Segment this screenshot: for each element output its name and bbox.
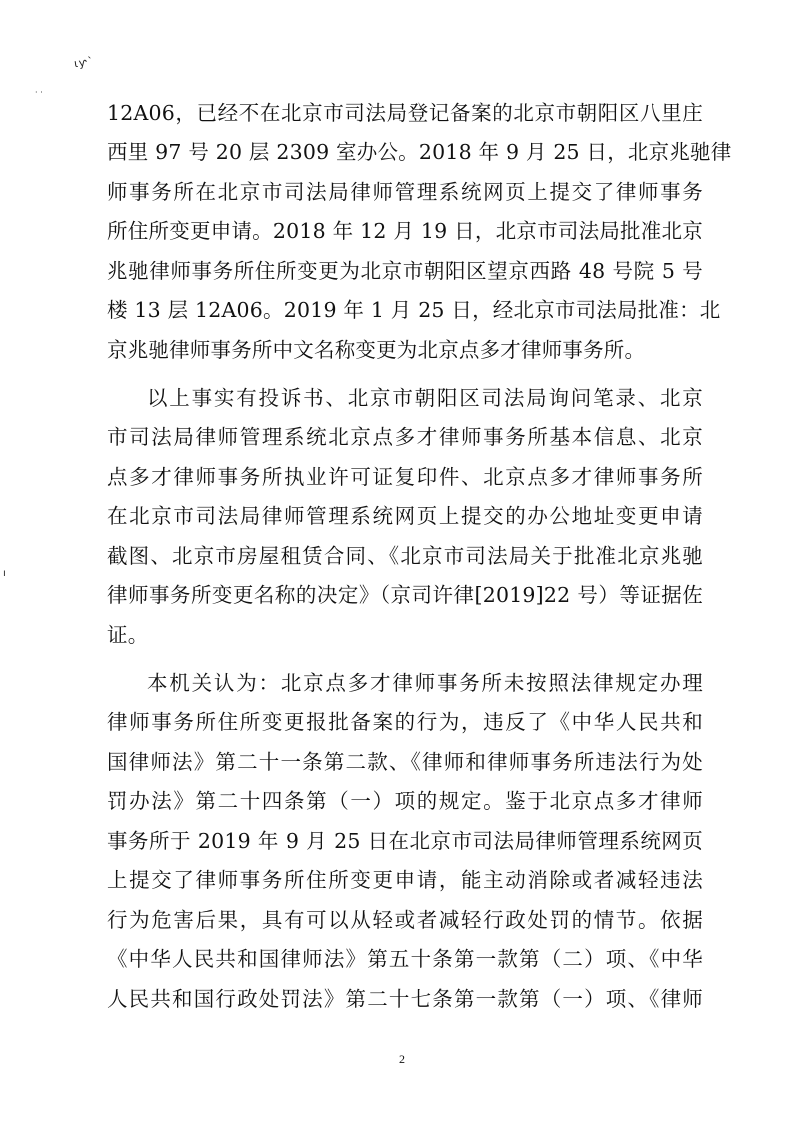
scan-artifact: ιƴ` <box>73 55 95 71</box>
text-line: 律师事务所变更名称的决定》（京司许律[2019]22 号）等证据佐 <box>107 581 703 609</box>
text-line: 市司法局律师管理系统北京点多才律师事务所基本信息、北京 <box>107 423 703 451</box>
text-line: 以上事实有投诉书、北京市朝阳区司法局询问笔录、北京 <box>147 384 703 412</box>
text-line: 本机关认为：北京点多才律师事务所未按照法律规定办理 <box>147 669 703 697</box>
text-line: 兆驰律师事务所住所变更为北京市朝阳区望京西路 48 号院 5 号 <box>107 257 703 285</box>
text-line: 截图、北京市房屋租赁合同、《北京市司法局关于批准北京兆驰 <box>107 542 703 570</box>
text-line: 师事务所在北京市司法局律师管理系统网页上提交了律师事务 <box>107 178 703 206</box>
scan-artifact: ı <box>3 568 6 579</box>
text-line: 12A06，已经不在北京市司法局登记备案的北京市朝阳区八里庄 <box>107 99 703 127</box>
document-page: ιƴ` · · ı 12A06，已经不在北京市司法局登记备案的北京市朝阳区八里庄… <box>0 0 800 1133</box>
text-line: 楼 13 层 12A06。2019 年 1 月 25 日，经北京市司法局批准：北 <box>107 296 703 324</box>
text-line: 在北京市司法局律师管理系统网页上提交的办公地址变更申请 <box>107 502 703 530</box>
text-line: 罚办法》第二十四条第（一）项的规定。鉴于北京点多才律师 <box>107 787 703 815</box>
scan-artifact: · · <box>35 88 43 97</box>
text-line: 点多才律师事务所执业许可证复印件、北京点多才律师事务所 <box>107 463 703 491</box>
text-line: 京兆驰律师事务所中文名称变更为北京点多才律师事务所。 <box>107 336 703 364</box>
text-line: 人民共和国行政处罚法》第二十七条第一款第（一）项、《律师 <box>107 985 703 1013</box>
text-line: 西里 97 号 20 层 2309 室办公。2018 年 9 月 25 日，北京… <box>107 138 703 166</box>
text-line: 上提交了律师事务所住所变更申请，能主动消除或者减轻违法 <box>107 866 703 894</box>
text-line: 所住所变更申请。2018 年 12 月 19 日，北京市司法局批准北京 <box>107 217 703 245</box>
text-line: 行为危害后果，具有可以从轻或者减轻行政处罚的情节。依据 <box>107 906 703 934</box>
page-number: 2 <box>399 1052 405 1067</box>
text-line: 国律师法》第二十一条第二款、《律师和律师事务所违法行为处 <box>107 748 703 776</box>
text-line: 事务所于 2019 年 9 月 25 日在北京市司法局律师管理系统网页 <box>107 827 703 855</box>
text-line: 证。 <box>107 621 703 649</box>
text-line: 《中华人民共和国律师法》第五十条第一款第（二）项、《中华 <box>107 945 703 973</box>
text-line: 律师事务所住所变更报批备案的行为，违反了《中华人民共和 <box>107 708 703 736</box>
